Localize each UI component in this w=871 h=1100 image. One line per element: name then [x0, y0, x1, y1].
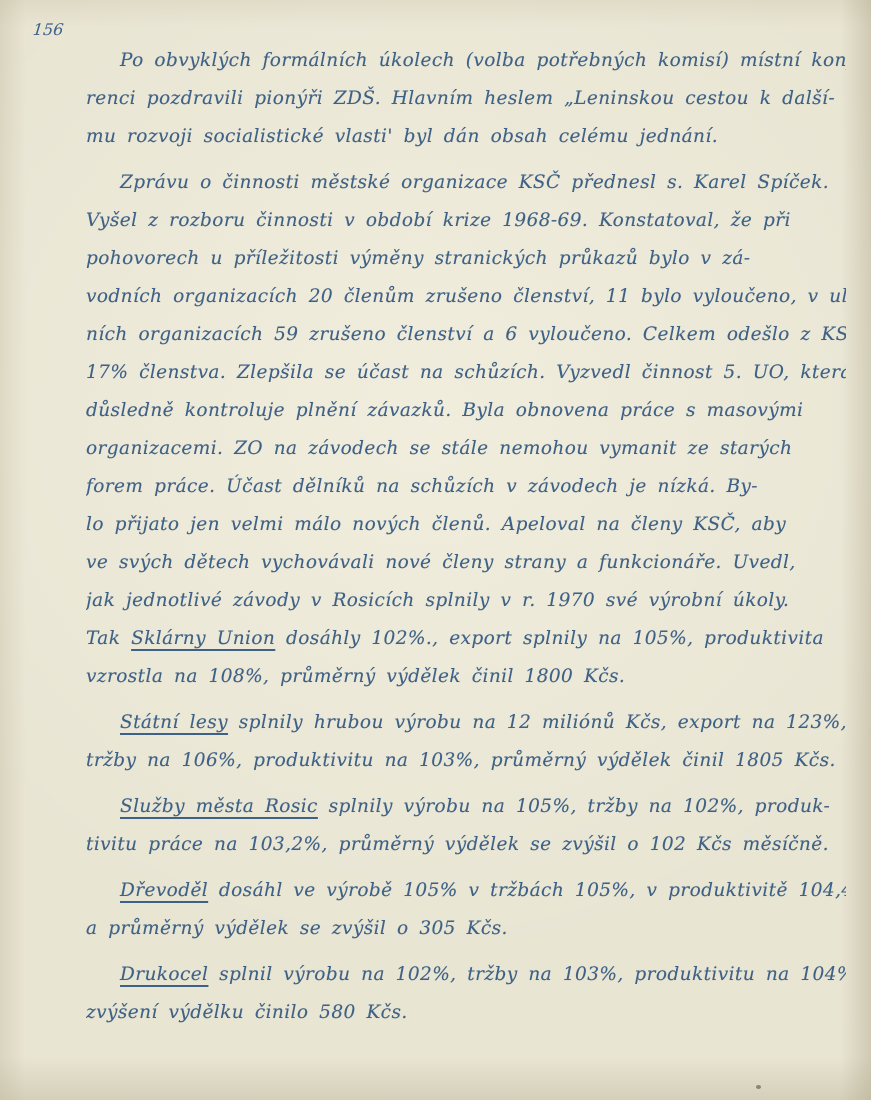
- text-segment: splnily výrobu na 105%, tržby na 102%, p…: [318, 796, 830, 817]
- text-segment: Po obvyklých formálních úkolech (volba p…: [120, 50, 846, 71]
- underlined-term: Drukocel: [120, 964, 208, 985]
- text-segment: dosáhly 102%., export splnily na 105%, p…: [275, 628, 824, 649]
- text-line: lo přijato jen velmi málo nových členů. …: [86, 506, 846, 544]
- text-segment: pohovorech u příležitosti výměny stranic…: [86, 248, 750, 269]
- text-segment: renci pozdravili pionýři ZDŠ. Hlavním he…: [86, 88, 835, 109]
- text-line: vzrostla na 108%, průměrný výdělek činil…: [86, 658, 846, 696]
- text-segment: zvýšení výdělku činilo 580 Kčs.: [86, 1002, 408, 1023]
- text-segment: Zprávu o činnosti městské organizace KSČ…: [120, 172, 829, 193]
- text-segment: mu rozvoji socialistické vlasti' byl dán…: [86, 126, 718, 147]
- text-segment: splnil výrobu na 102%, tržby na 103%, pr…: [208, 964, 846, 985]
- text-line: tržby na 106%, produktivitu na 103%, prů…: [86, 742, 846, 780]
- handwritten-text: Po obvyklých formálních úkolech (volba p…: [86, 42, 846, 1040]
- text-segment: forem práce. Účast dělníků na schůzích v…: [86, 476, 758, 497]
- text-segment: Tak: [86, 628, 131, 649]
- text-segment: tržby na 106%, produktivitu na 103%, prů…: [86, 750, 836, 771]
- underlined-term: Služby města Rosic: [120, 796, 318, 817]
- text-segment: a průměrný výdělek se zvýšil o 305 Kčs.: [86, 918, 508, 939]
- text-line: ních organizacích 59 zrušeno členství a …: [86, 316, 846, 354]
- underlined-term: Dřevoděl: [120, 880, 208, 901]
- text-line: Tak Sklárny Union dosáhly 102%., export …: [86, 620, 846, 658]
- text-segment: lo přijato jen velmi málo nových členů. …: [86, 514, 786, 535]
- text-segment: ve svých dětech vychovávali nové členy s…: [86, 552, 796, 573]
- text-segment: jak jednotlivé závody v Rosicích splnily…: [86, 590, 789, 611]
- text-segment: Vyšel z rozboru činnosti v období krize …: [86, 210, 791, 231]
- paragraph: Drukocel splnil výrobu na 102%, tržby na…: [86, 956, 846, 1032]
- text-line: zvýšení výdělku činilo 580 Kčs.: [86, 994, 846, 1032]
- text-segment: splnily hrubou výrobu na 12 miliónů Kčs,…: [228, 712, 846, 733]
- text-line: mu rozvoji socialistické vlasti' byl dán…: [86, 118, 846, 156]
- text-line: Zprávu o činnosti městské organizace KSČ…: [86, 164, 846, 202]
- text-segment: dosáhl ve výrobě 105% v tržbách 105%, v …: [208, 880, 846, 901]
- text-line: ve svých dětech vychovávali nové členy s…: [86, 544, 846, 582]
- text-line: tivitu práce na 103,2%, průměrný výdělek…: [86, 826, 846, 864]
- text-line: důsledně kontroluje plnění závazků. Byla…: [86, 392, 846, 430]
- text-segment: vzrostla na 108%, průměrný výdělek činil…: [86, 666, 625, 687]
- text-line: renci pozdravili pionýři ZDŠ. Hlavním he…: [86, 80, 846, 118]
- text-line: Státní lesy splnily hrubou výrobu na 12 …: [86, 704, 846, 742]
- text-line: Vyšel z rozboru činnosti v období krize …: [86, 202, 846, 240]
- text-line: pohovorech u příležitosti výměny stranic…: [86, 240, 846, 278]
- paragraph: Dřevoděl dosáhl ve výrobě 105% v tržbách…: [86, 872, 846, 948]
- paragraph: Zprávu o činnosti městské organizace KSČ…: [86, 164, 846, 696]
- text-segment: organizacemi. ZO na závodech se stále ne…: [86, 438, 792, 459]
- text-line: forem práce. Účast dělníků na schůzích v…: [86, 468, 846, 506]
- text-line: vodních organizacích 20 členům zrušeno č…: [86, 278, 846, 316]
- text-line: 17% členstva. Zlepšila se účast na schůz…: [86, 354, 846, 392]
- text-segment: důsledně kontroluje plnění závazků. Byla…: [86, 400, 803, 421]
- text-segment: ních organizacích 59 zrušeno členství a …: [86, 324, 846, 345]
- paper-speck: [756, 1085, 761, 1089]
- page-number: 156: [32, 20, 65, 39]
- paragraph: Služby města Rosic splnily výrobu na 105…: [86, 788, 846, 864]
- text-line: Dřevoděl dosáhl ve výrobě 105% v tržbách…: [86, 872, 846, 910]
- paragraph: Státní lesy splnily hrubou výrobu na 12 …: [86, 704, 846, 780]
- text-line: Služby města Rosic splnily výrobu na 105…: [86, 788, 846, 826]
- text-line: Drukocel splnil výrobu na 102%, tržby na…: [86, 956, 846, 994]
- underlined-term: Státní lesy: [120, 712, 228, 733]
- paragraph: Po obvyklých formálních úkolech (volba p…: [86, 42, 846, 156]
- text-line: a průměrný výdělek se zvýšil o 305 Kčs.: [86, 910, 846, 948]
- chronicle-page: 156 Po obvyklých formálních úkolech (vol…: [0, 0, 871, 1100]
- text-line: jak jednotlivé závody v Rosicích splnily…: [86, 582, 846, 620]
- text-line: Po obvyklých formálních úkolech (volba p…: [86, 42, 846, 80]
- text-line: organizacemi. ZO na závodech se stále ne…: [86, 430, 846, 468]
- text-segment: tivitu práce na 103,2%, průměrný výdělek…: [86, 834, 829, 855]
- text-segment: 17% členstva. Zlepšila se účast na schůz…: [86, 362, 846, 383]
- underlined-term: Sklárny Union: [131, 628, 275, 649]
- text-segment: vodních organizacích 20 členům zrušeno č…: [86, 286, 846, 307]
